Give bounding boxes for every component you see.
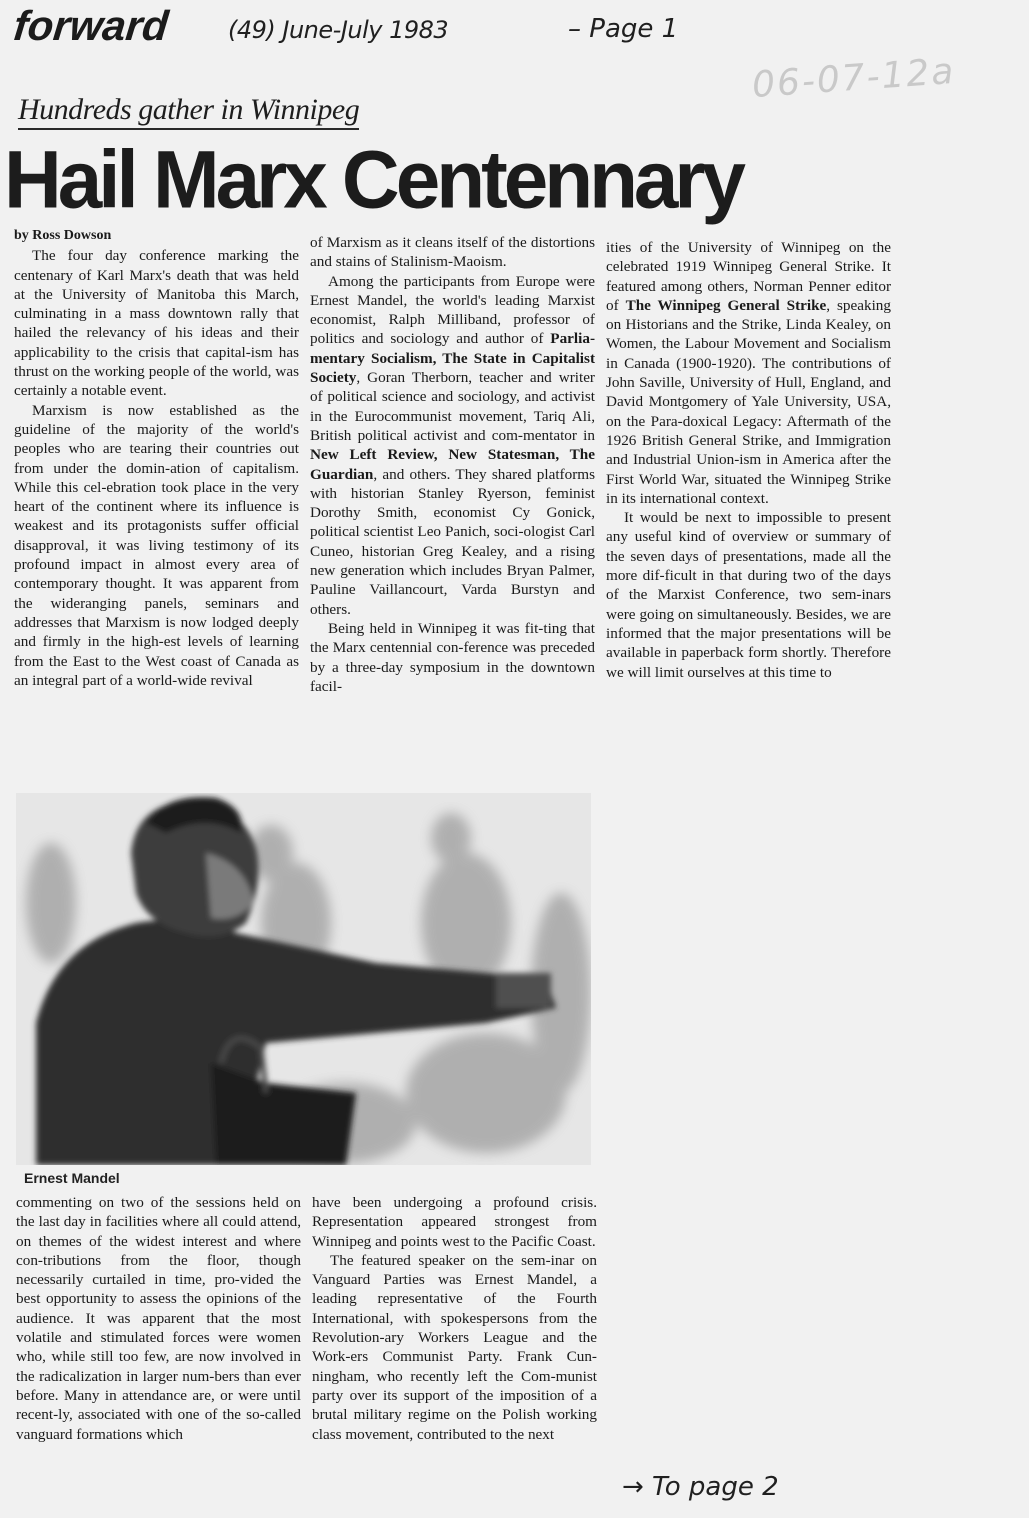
column-1-top: by Ross Dowson The four day conference m… [14,226,299,690]
photo-caption: Ernest Mandel [24,1170,120,1186]
paragraph: of Marxism as it cleans itself of the di… [310,233,595,272]
text-run: , and others. They shared platforms with… [310,466,595,618]
headline: Hail Marx Centennary [4,139,742,221]
paragraph: commenting on two of the sessions held o… [16,1193,301,1444]
photo-image [16,793,591,1165]
paragraph: have been undergoing a profound crisis. … [312,1193,597,1251]
handwritten-issue-note: (49) June-July 1983 [228,16,448,44]
byline: by Ross Dowson [14,226,299,245]
paragraph: Being held in Winnipeg it was fit-ting t… [310,619,595,696]
book-title: The Winnipeg General Strike [626,297,827,314]
paragraph: Marxism is now established as the guidel… [14,401,299,690]
column-2-top: of Marxism as it cleans itself of the di… [310,233,595,696]
text-run: , speaking on Historians and the Strike,… [606,297,891,507]
paragraph: The featured speaker on the sem-inar on … [312,1251,597,1444]
kicker: Hundreds gather in Winnipeg [18,93,359,130]
photo-ernest-mandel [16,793,591,1165]
paragraph: Among the participants from Europe were … [310,272,595,619]
paragraph: It would be next to impossible to presen… [606,508,891,682]
continuation-note: → To page 2 [622,1472,779,1502]
paragraph: ities of the University of Winnipeg on t… [606,238,891,508]
masthead: forward [11,2,170,50]
column-3-top: ities of the University of Winnipeg on t… [606,238,891,682]
paragraph: The four day conference marking the cent… [14,246,299,400]
column-1-bottom: commenting on two of the sessions held o… [16,1193,301,1444]
column-2-bottom: have been undergoing a profound crisis. … [312,1193,597,1444]
archive-stamp: 06-07-12a [751,51,957,106]
handwritten-page-note: – Page 1 [568,14,678,44]
